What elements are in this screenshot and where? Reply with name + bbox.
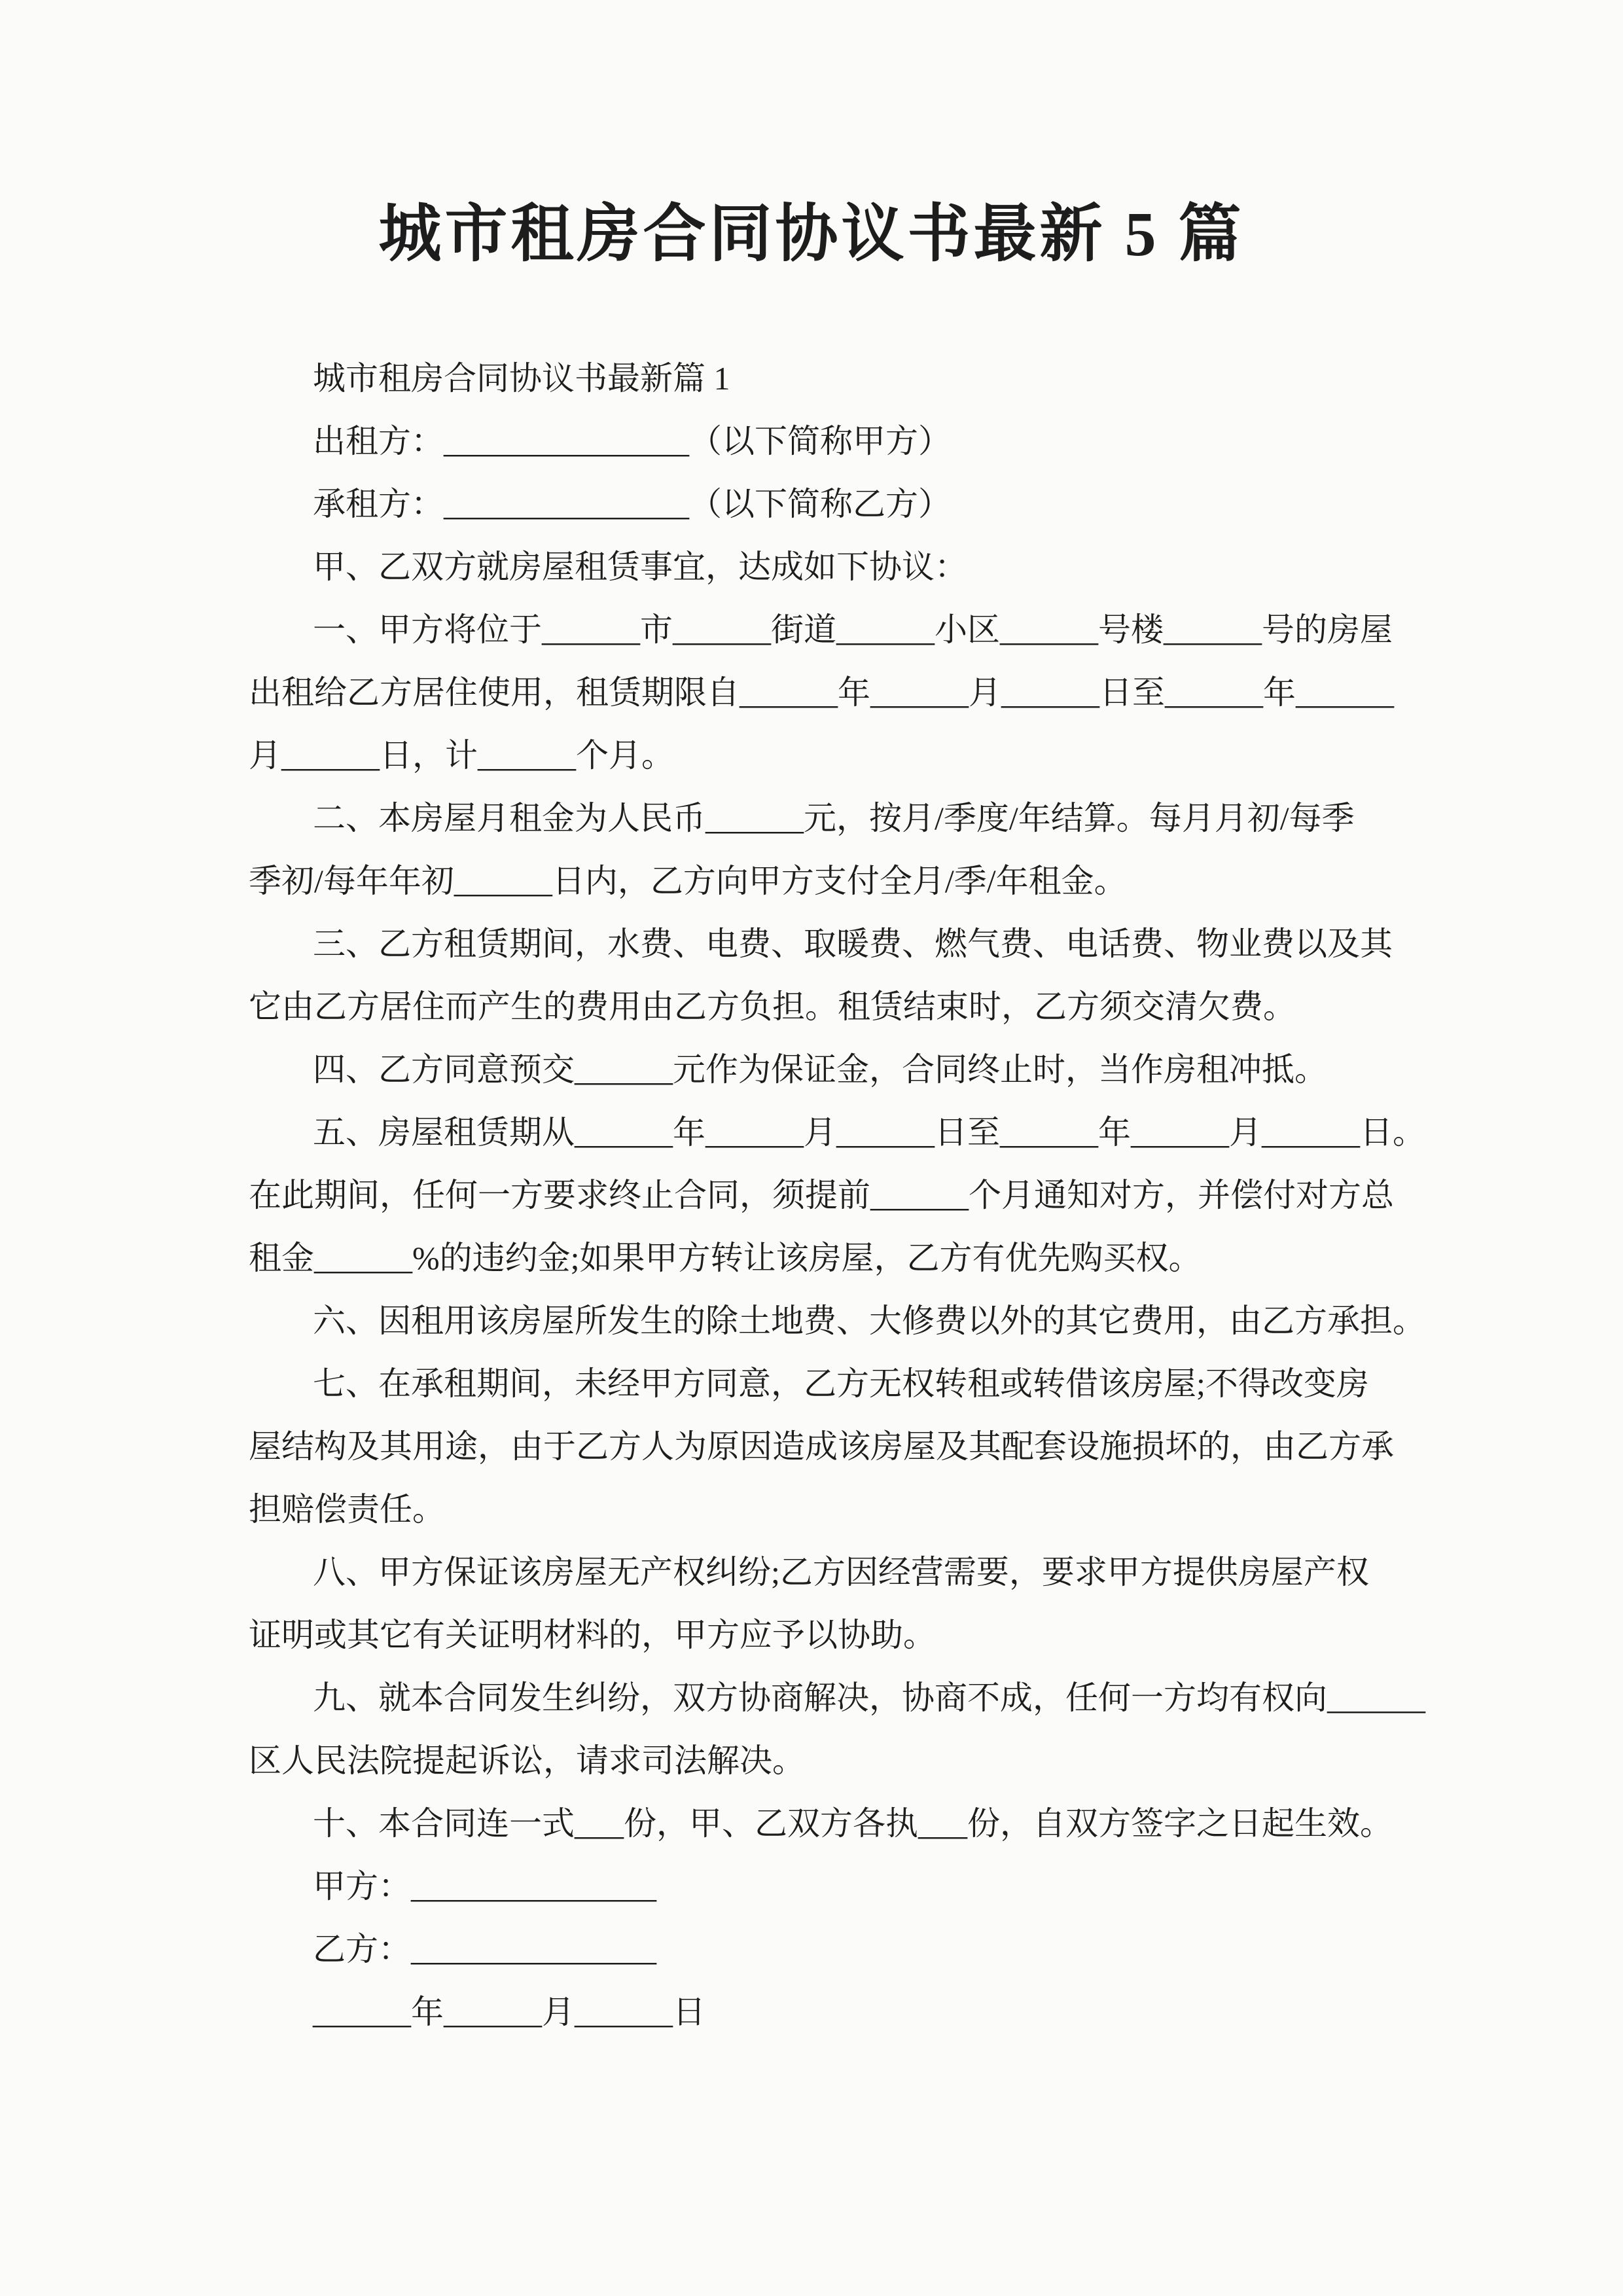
- clause-5-line-1: 五、房屋租赁期从______年______月______日至______年___…: [249, 1101, 1394, 1164]
- clause-1-line-3: 月______日，计______个月。: [249, 724, 1394, 787]
- party-a-signature-line: 甲方：_______________: [249, 1855, 1394, 1918]
- clause-2-line-2: 季初/每年年初______日内，乙方向甲方支付全月/季/年租金。: [249, 850, 1394, 912]
- lessor-line: 出租方：_______________（以下简称甲方）: [249, 410, 1394, 473]
- clause-3-line-1: 三、乙方租赁期间，水费、电费、取暖费、燃气费、电话费、物业费以及其: [249, 912, 1394, 975]
- clause-5-line-2: 在此期间，任何一方要求终止合同，须提前______个月通知对方，并偿付对方总: [249, 1164, 1394, 1227]
- clause-6-line-1: 六、因租用该房屋所发生的除土地费、大修费以外的其它费用，由乙方承担。: [249, 1289, 1394, 1352]
- clause-7-line-3: 担赔偿责任。: [249, 1478, 1394, 1541]
- agreement-intro: 甲、乙双方就房屋租赁事宜，达成如下协议：: [249, 535, 1394, 598]
- clause-1-line-1: 一、甲方将位于______市______街道______小区______号楼__…: [249, 598, 1394, 661]
- clause-7-line-2: 屋结构及其用途，由于乙方人为原因造成该房屋及其配套设施损坏的，由乙方承: [249, 1415, 1394, 1478]
- document-page: 城市租房合同协议书最新 5 篇 城市租房合同协议书最新篇 1 出租方：_____…: [0, 0, 1623, 2296]
- clause-10-line-1: 十、本合同连一式___份，甲、乙双方各执___份，自双方签字之日起生效。: [249, 1792, 1394, 1855]
- clause-4-line-1: 四、乙方同意预交______元作为保证金，合同终止时，当作房租冲抵。: [249, 1038, 1394, 1101]
- clause-7-line-1: 七、在承租期间，未经甲方同意，乙方无权转租或转借该房屋;不得改变房: [249, 1352, 1394, 1415]
- party-b-signature-line: 乙方：_______________: [249, 1918, 1394, 1981]
- date-line: ______年______月______日: [249, 1981, 1394, 2043]
- clause-9-line-2: 区人民法院提起诉讼，请求司法解决。: [249, 1729, 1394, 1792]
- clause-1-line-2: 出租给乙方居住使用，租赁期限自______年______月______日至___…: [249, 661, 1394, 724]
- lessee-line: 承租方：_______________（以下简称乙方）: [249, 473, 1394, 535]
- clause-3-line-2: 它由乙方居住而产生的费用由乙方负担。租赁结束时，乙方须交清欠费。: [249, 975, 1394, 1038]
- contract-body: 城市租房合同协议书最新篇 1 出租方：_______________（以下简称甲…: [249, 347, 1394, 2043]
- clause-5-line-3: 租金______%的违约金;如果甲方转让该房屋，乙方有优先购买权。: [249, 1227, 1394, 1289]
- clause-8-line-1: 八、甲方保证该房屋无产权纠纷;乙方因经营需要，要求甲方提供房屋产权: [249, 1541, 1394, 1604]
- section-subtitle: 城市租房合同协议书最新篇 1: [249, 347, 1394, 410]
- clause-2-line-1: 二、本房屋月租金为人民币______元，按月/季度/年结算。每月月初/每季: [249, 787, 1394, 850]
- clause-9-line-1: 九、就本合同发生纠纷，双方协商解决，协商不成，任何一方均有权向______: [249, 1666, 1394, 1729]
- clause-8-line-2: 证明或其它有关证明材料的，甲方应予以协助。: [249, 1604, 1394, 1666]
- document-title: 城市租房合同协议书最新 5 篇: [0, 196, 1623, 272]
